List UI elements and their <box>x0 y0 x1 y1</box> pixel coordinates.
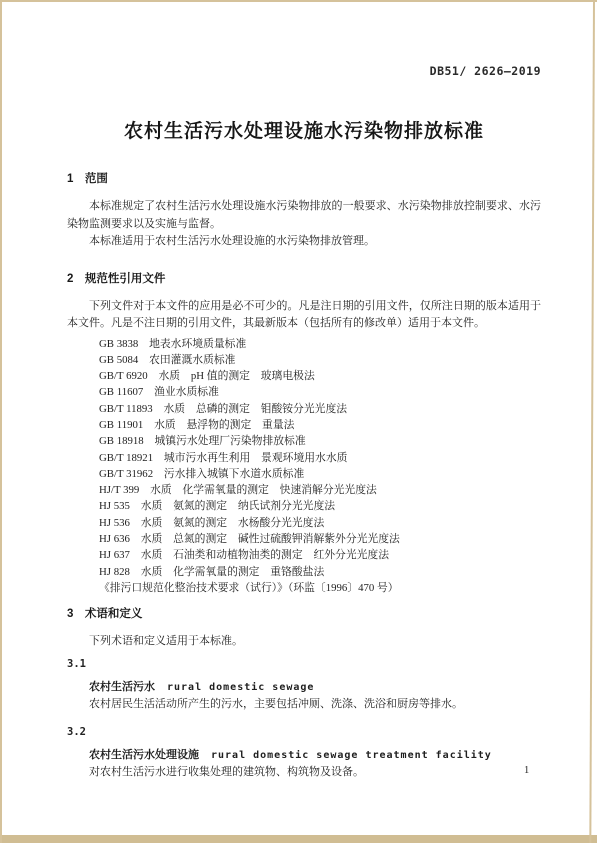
reference-item: HJ 536 水质 氨氮的测定 水杨酸分光光度法 <box>99 515 541 531</box>
section-3-heading: 3 术语和定义 <box>67 605 541 621</box>
scan-edge-left <box>0 0 2 843</box>
term-zh: 农村生活污水 <box>89 681 155 693</box>
section-3-intro: 下列术语和定义适用于本标准。 <box>67 633 541 651</box>
term-en: rural domestic sewage <box>167 682 314 693</box>
scanned-document-page: DB51/ 2626—2019 农村生活污水处理设施水污染物排放标准 1 范围 … <box>0 0 597 843</box>
scan-edge-right <box>589 0 595 843</box>
section-1-paragraph-1: 本标准规定了农村生活污水处理设施水污染物排放的一般要求、水污染物排放控制要求、水… <box>67 198 541 233</box>
reference-item: GB/T 31962 污水排入城镇下水道水质标准 <box>99 466 541 482</box>
reference-item: HJ/T 399 水质 化学需氧量的测定 快速消解分光光度法 <box>99 482 541 498</box>
term-heading-3-1: 农村生活污水rural domestic sewage <box>67 679 541 696</box>
reference-item: GB 18918 城镇污水处理厂污染物排放标准 <box>99 433 541 449</box>
term-heading-3-2: 农村生活污水处理设施rural domestic sewage treatmen… <box>67 747 541 764</box>
section-2-heading: 2 规范性引用文件 <box>67 270 541 286</box>
reference-item: GB 11607 渔业水质标准 <box>99 384 541 400</box>
reference-item: GB/T 6920 水质 pH 值的测定 玻璃电极法 <box>99 368 541 384</box>
section-1-paragraph-2: 本标准适用于农村生活污水处理设施的水污染物排放管理。 <box>67 233 541 251</box>
document-title: 农村生活污水处理设施水污染物排放标准 <box>67 116 541 143</box>
page-content: DB51/ 2626—2019 农村生活污水处理设施水污染物排放标准 1 范围 … <box>67 0 541 782</box>
reference-item: GB/T 11893 水质 总磷的测定 钼酸铵分光光度法 <box>99 401 541 417</box>
scan-edge-bottom <box>0 835 597 843</box>
reference-item: GB/T 18921 城市污水再生利用 景观环境用水水质 <box>99 450 541 466</box>
standard-number: DB51/ 2626—2019 <box>67 64 541 78</box>
term-definition-3-1: 农村居民生活活动所产生的污水，主要包括冲厕、洗涤、洗浴和厨房等排水。 <box>67 696 541 714</box>
term-en: rural domestic sewage treatment facility <box>211 750 492 761</box>
normative-references-list: GB 3838 地表水环境质量标准 GB 5084 农田灌溉水质标准 GB/T … <box>67 336 541 597</box>
reference-item: HJ 636 水质 总氮的测定 碱性过硫酸钾消解紫外分光光度法 <box>99 531 541 547</box>
reference-item: GB 3838 地表水环境质量标准 <box>99 336 541 352</box>
section-1-heading: 1 范围 <box>67 170 541 186</box>
reference-item: HJ 637 水质 石油类和动植物油类的测定 红外分光光度法 <box>99 547 541 563</box>
section-2-intro: 下列文件对于本文件的应用是必不可少的。凡是注日期的引用文件，仅所注日期的版本适用… <box>67 298 541 333</box>
term-number-3-1: 3.1 <box>67 658 541 670</box>
reference-item: GB 5084 农田灌溉水质标准 <box>99 352 541 368</box>
reference-item: HJ 828 水质 化学需氧量的测定 重铬酸盐法 <box>99 564 541 580</box>
reference-item: GB 11901 水质 悬浮物的测定 重量法 <box>99 417 541 433</box>
page-number: 1 <box>524 765 529 776</box>
term-definition-3-2: 对农村生活污水进行收集处理的建筑物、构筑物及设备。 <box>67 764 541 782</box>
reference-item: HJ 535 水质 氨氮的测定 纳氏试剂分光光度法 <box>99 498 541 514</box>
term-zh: 农村生活污水处理设施 <box>89 749 199 761</box>
reference-item: 《排污口规范化整治技术要求（试行）》（环监〔1996〕470 号） <box>99 580 541 596</box>
scan-edge-top <box>0 0 597 2</box>
term-number-3-2: 3.2 <box>67 726 541 738</box>
